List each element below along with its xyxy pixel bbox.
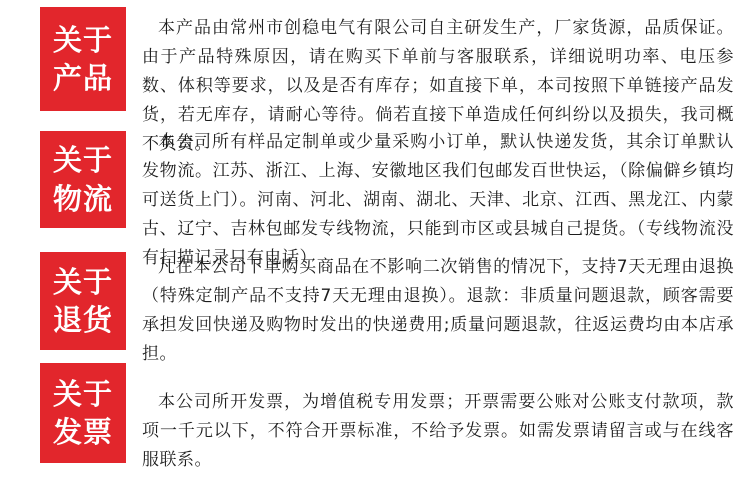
label-line2: 发票 [53, 413, 113, 451]
product-policy-panel: 关于 产品 本产品由常州市创稳电气有限公司自主研发生产，厂家货源，品质保证。由于… [0, 0, 750, 485]
label-line1: 关于 [53, 375, 113, 413]
label-line1: 关于 [53, 263, 113, 301]
section-body-logistics: 本公司所有样品定制单或少量采购小订单，默认快递发货，其余订单默认发物流。江苏、浙… [142, 128, 734, 273]
label-line2: 物流 [53, 180, 113, 218]
label-line2: 退货 [53, 301, 113, 339]
section-label-returns: 关于 退货 [40, 252, 126, 350]
section-label-invoice: 关于 发票 [40, 363, 126, 463]
section-label-logistics: 关于 物流 [40, 131, 126, 228]
section-body-invoice: 本公司所开发票，为增值税专用发票；开票需要公账对公账支付款项，款项一千元以下，不… [142, 388, 734, 475]
section-body-returns: 凡在本公司下单购买商品在不影响二次销售的情况下，支持7天无理由退换（特殊定制产品… [142, 253, 734, 369]
label-line1: 关于 [53, 141, 113, 179]
label-line2: 产品 [53, 59, 113, 97]
section-label-product: 关于 产品 [40, 7, 126, 111]
label-line1: 关于 [53, 21, 113, 59]
